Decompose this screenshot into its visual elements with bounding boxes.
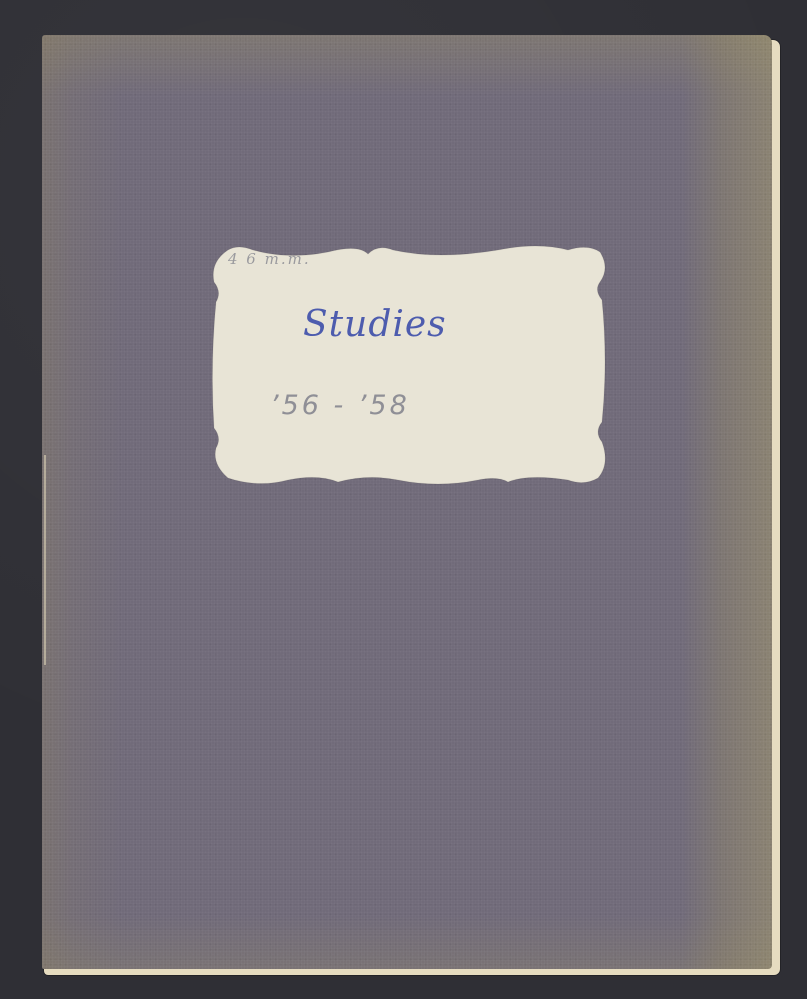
label-years: ’56 - ’58 (270, 390, 410, 421)
cover-paper-texture (42, 35, 772, 969)
spine-crease (44, 455, 46, 665)
scalloped-label-shape (208, 242, 608, 490)
cover-label: 4 6 m.m. Studies ’56 - ’58 (208, 242, 608, 490)
pencil-note: 4 6 m.m. (228, 250, 311, 268)
notebook-cover: 4 6 m.m. Studies ’56 - ’58 (42, 35, 772, 969)
label-title: Studies (303, 304, 447, 345)
